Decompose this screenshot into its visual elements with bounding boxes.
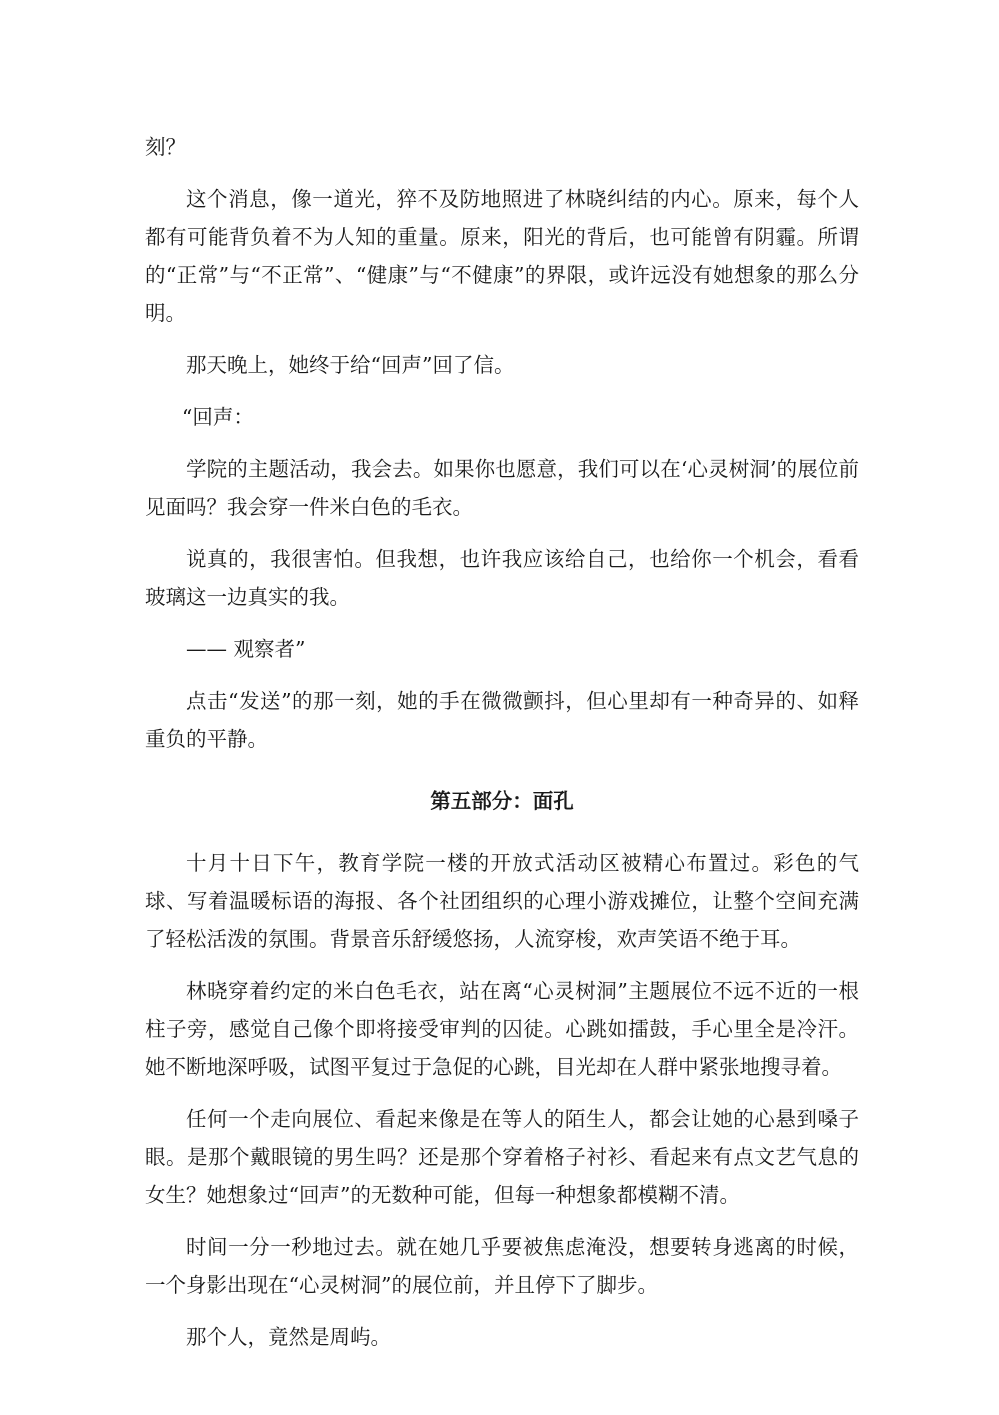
letter-salutation: “回声： — [145, 398, 859, 436]
paragraph-reveal: 那个人，竟然是周屿。 — [145, 1318, 859, 1356]
letter-body-meeting: 学院的主题活动，我会去。如果你也愿意，我们可以在‘心灵树洞’的展位前见面吗？我会… — [145, 450, 859, 526]
paragraph-reply-intro: 那天晚上，她终于给“回声”回了信。 — [145, 346, 859, 384]
paragraph-event-setting: 十月十日下午，教育学院一楼的开放式活动区被精心布置过。彩色的气球、写着温暖标语的… — [145, 844, 859, 958]
paragraph-lin-xiao-waiting: 林晓穿着约定的米白色毛衣，站在离“心灵树洞”主题展位不远不近的一根柱子旁，感觉自… — [145, 972, 859, 1086]
paragraph-continuation: 刻？ — [145, 128, 859, 166]
paragraph-strangers: 任何一个走向展位、看起来像是在等人的陌生人，都会让她的心悬到嗓子眼。是那个戴眼镜… — [145, 1100, 859, 1214]
paragraph-send-moment: 点击“发送”的那一刻，她的手在微微颤抖，但心里却有一种奇异的、如释重负的平静。 — [145, 682, 859, 758]
letter-body-feelings: 说真的，我很害怕。但我想，也许我应该给自己，也给你一个机会，看看玻璃这一边真实的… — [145, 540, 859, 616]
paragraph-figure-appears: 时间一分一秒地过去。就在她几乎要被焦虑淹没，想要转身逃离的时候，一个身影出现在“… — [145, 1228, 859, 1304]
document-page: 刻？ 这个消息，像一道光，猝不及防地照进了林晓纠结的内心。原来，每个人都有可能背… — [145, 128, 859, 1370]
section-heading: 第五部分：面孔 — [145, 782, 859, 820]
paragraph-message-realization: 这个消息，像一道光，猝不及防地照进了林晓纠结的内心。原来，每个人都有可能背负着不… — [145, 180, 859, 332]
letter-signature: —— 观察者” — [145, 630, 859, 668]
